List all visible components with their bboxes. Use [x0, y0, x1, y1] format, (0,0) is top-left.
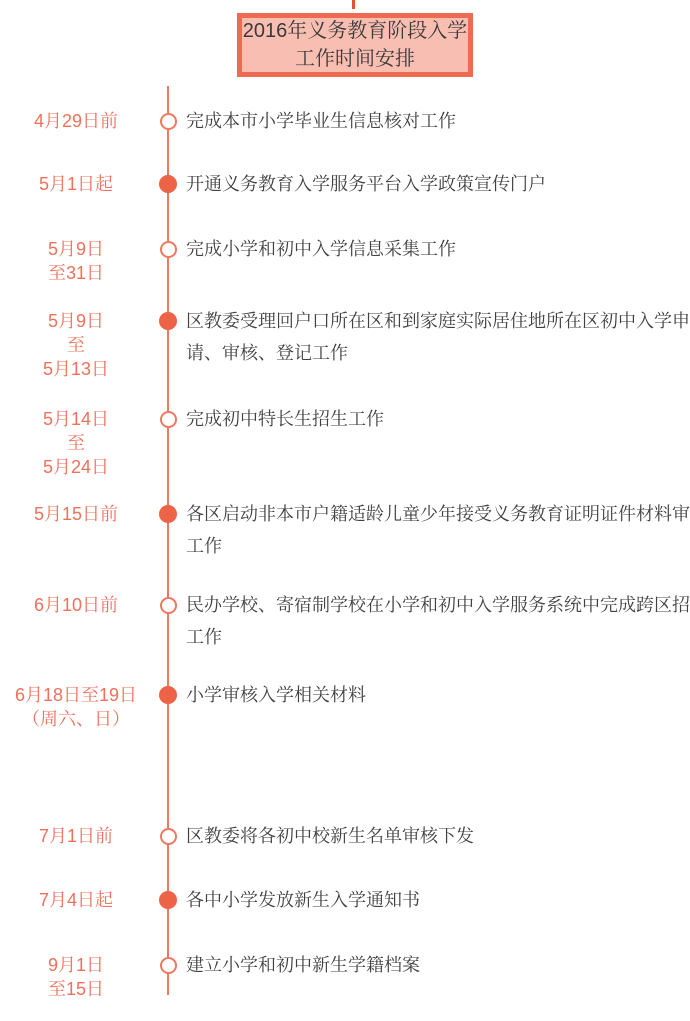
timeline-date: 4月29日前 [0, 109, 152, 133]
timeline-node-hollow [160, 113, 177, 130]
top-connector-tick [352, 0, 355, 9]
timeline-event-text: 建立小学和初中新生学籍档案 [186, 949, 666, 981]
timeline-node-filled [159, 891, 177, 909]
timeline-event-text: 完成初中特长生招生工作 [186, 403, 666, 435]
timeline-date: 5月9日至31日 [0, 237, 152, 285]
infographic-timeline: 2016年义务教育阶段入学 工作时间安排 4月29日前完成本市小学毕业生信息核对… [0, 0, 690, 1021]
timeline-node-filled [159, 175, 177, 193]
timeline-axis-line [167, 86, 169, 995]
timeline-date: 6月10日前 [0, 593, 152, 617]
timeline-event-text: 民办学校、寄宿制学校在小学和初中入学服务系统中完成跨区招生工作 [186, 589, 666, 653]
timeline-event-text: 各中小学发放新生入学通知书 [186, 884, 666, 916]
timeline-date: 6月18日至19日（周六、日） [0, 683, 152, 731]
timeline-node-hollow [160, 411, 177, 428]
timeline-event-text: 开通义务教育入学服务平台入学政策宣传门户 [186, 168, 666, 200]
timeline-node-hollow [160, 957, 177, 974]
timeline-node-hollow [160, 828, 177, 845]
timeline-node-filled [159, 505, 177, 523]
timeline-event-text: 区教委受理回户口所在区和到家庭实际居住地所在区初中入学申请、审核、登记工作 [186, 305, 666, 369]
timeline-event-text: 小学审核入学相关材料 [186, 679, 666, 711]
timeline-date: 7月4日起 [0, 888, 152, 912]
timeline-event-text: 完成小学和初中入学信息采集工作 [186, 233, 666, 265]
timeline-date: 5月14日至5月24日 [0, 407, 152, 479]
timeline-date: 9月1日至15日 [0, 953, 152, 1001]
timeline-date: 5月1日起 [0, 172, 152, 196]
timeline-node-hollow [160, 241, 177, 258]
timeline-event-text: 完成本市小学毕业生信息核对工作 [186, 105, 666, 137]
timeline-event-text: 各区启动非本市户籍适龄儿童少年接受义务教育证明证件材料审核工作 [186, 498, 666, 562]
timeline-event-text: 区教委将各初中校新生名单审核下发 [186, 820, 666, 852]
timeline-node-filled [159, 686, 177, 704]
page-title-line-2: 工作时间安排 [295, 45, 415, 73]
timeline-date: 5月15日前 [0, 502, 152, 526]
timeline-date: 7月1日前 [0, 824, 152, 848]
timeline-node-filled [159, 312, 177, 330]
timeline-date: 5月9日至5月13日 [0, 309, 152, 381]
title-box: 2016年义务教育阶段入学 工作时间安排 [237, 13, 473, 77]
timeline-node-hollow [160, 597, 177, 614]
page-title-line-1: 2016年义务教育阶段入学 [243, 17, 468, 45]
